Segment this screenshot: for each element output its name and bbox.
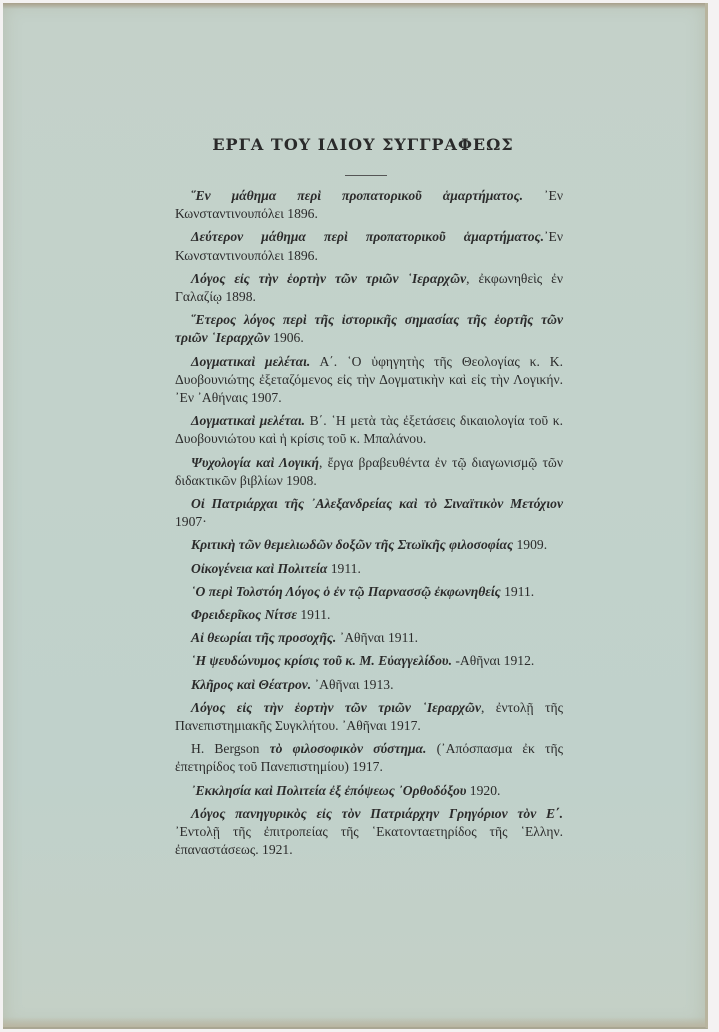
work-title: ῾Η ψευδώνυμος κρίσις τοῦ κ. Μ. Εὐαγγελίδ… xyxy=(191,653,452,668)
list-item: H. Bergson τὸ φιλοσοφικὸν σύστημα. (᾿Από… xyxy=(175,740,563,776)
work-details: 1909. xyxy=(513,537,547,552)
list-item: ῞Ετερος λόγος περὶ τῆς ἱστορικῆς σημασία… xyxy=(175,311,563,347)
list-item: Δογματικαὶ μελέται. Β΄. ῾Η μετὰ τὰς ἐξετ… xyxy=(175,412,563,448)
work-title: τὸ φιλοσοφικὸν σύστημα. xyxy=(270,741,427,756)
list-item: Κλῆρος καὶ Θέατρον. ᾿Αθῆναι 1913. xyxy=(175,676,563,694)
work-title: ῞Ετερος λόγος περὶ τῆς ἱστορικῆς σημασία… xyxy=(175,312,563,345)
work-details: 1911. xyxy=(297,607,330,622)
scanned-page: ΕΡΓΑ ΤΟΥ ΙΔΙΟΥ ΣΥΓΓΡΑΦΕΩΣ ῞Εν μάθημα περ… xyxy=(0,0,719,1032)
work-title: Αἱ θεωρίαι τῆς προσοχῆς. xyxy=(191,630,336,645)
work-title: ῾Ο περὶ Τολστόη Λόγος ὁ ἐν τῷ Παρνασσῷ ἐ… xyxy=(191,584,501,599)
work-details: ᾿Εντολῇ τῆς ἐπιτροπείας τῆς ῾Εκατονταετη… xyxy=(175,824,563,857)
page-title: ΕΡΓΑ ΤΟΥ ΙΔΙΟΥ ΣΥΓΓΡΑΦΕΩΣ xyxy=(3,135,719,154)
work-title: Κριτικὴ τῶν θεμελιωδῶν δοξῶν τῆς Στωϊκῆς… xyxy=(191,537,513,552)
list-item: Ψυχολογία καὶ Λογική, ἔργα βραβευθέντα ἐ… xyxy=(175,454,563,490)
work-details: 1911. xyxy=(327,561,360,576)
list-item: Οἰκογένεια καὶ Πολιτεία 1911. xyxy=(175,560,563,578)
list-item: Δεύτερον μάθημα περὶ προπατορικοῦ ἁμαρτή… xyxy=(175,228,563,264)
book-back-cover: ΕΡΓΑ ΤΟΥ ΙΔΙΟΥ ΣΥΓΓΡΑΦΕΩΣ ῞Εν μάθημα περ… xyxy=(3,3,708,1029)
work-title: Οἱ Πατριάρχαι τῆς ᾿Αλεξανδρείας καὶ τὸ Σ… xyxy=(191,496,563,511)
work-details: ᾿Αθῆναι 1913. xyxy=(311,677,393,692)
list-item: ῾Ο περὶ Τολστόη Λόγος ὁ ἐν τῷ Παρνασσῷ ἐ… xyxy=(175,583,563,601)
work-title: Δογματικαὶ μελέται. xyxy=(191,413,305,428)
list-item: Κριτικὴ τῶν θεμελιωδῶν δοξῶν τῆς Στωϊκῆς… xyxy=(175,536,563,554)
list-item: Δογματικαὶ μελέται. Α΄. ῾Ο ὑφηγητὴς τῆς … xyxy=(175,353,563,408)
work-details: 1911. xyxy=(501,584,534,599)
work-title: Δογματικαὶ μελέται. xyxy=(191,354,310,369)
work-title: Λόγος εἰς τὴν ἑορτὴν τῶν τριῶν ῾Ιεραρχῶν xyxy=(191,271,466,286)
list-item: Λόγος εἰς τὴν ἑορτὴν τῶν τριῶν ῾Ιεραρχῶν… xyxy=(175,270,563,306)
works-list: ῞Εν μάθημα περὶ προπατορικοῦ ἁμαρτήματος… xyxy=(175,187,563,865)
work-title: Ψυχολογία καὶ Λογική xyxy=(191,455,319,470)
work-author-prefix: H. Bergson xyxy=(191,741,270,756)
list-item: Λόγος εἰς τὴν ἑορτὴν τῶν τριῶν ῾Ιεραρχῶν… xyxy=(175,699,563,735)
work-details: 1906. xyxy=(270,330,304,345)
work-title: Οἰκογένεια καὶ Πολιτεία xyxy=(191,561,327,576)
work-title: ᾿Εκκλησία καὶ Πολιτεία ἐξ ἐπόψεως ᾿Ορθοδ… xyxy=(191,783,466,798)
list-item: ῾Η ψευδώνυμος κρίσις τοῦ κ. Μ. Εὐαγγελίδ… xyxy=(175,652,563,670)
work-details: 1920. xyxy=(466,783,500,798)
list-item: Λόγος πανηγυρικὸς εἰς τὸν Πατριάρχην Γρη… xyxy=(175,805,563,860)
work-title: ῞Εν μάθημα περὶ προπατορικοῦ ἁμαρτήματος… xyxy=(191,188,523,203)
list-item: ῞Εν μάθημα περὶ προπατορικοῦ ἁμαρτήματος… xyxy=(175,187,563,223)
list-item: ᾿Εκκλησία καὶ Πολιτεία ἐξ ἐπόψεως ᾿Ορθοδ… xyxy=(175,782,563,800)
list-item: Αἱ θεωρίαι τῆς προσοχῆς. ᾿Αθῆναι 1911. xyxy=(175,629,563,647)
work-title: Λόγος εἰς τὴν ἑορτὴν τῶν τριῶν ῾Ιεραρχῶν xyxy=(191,700,481,715)
list-item: Οἱ Πατριάρχαι τῆς ᾿Αλεξανδρείας καὶ τὸ Σ… xyxy=(175,495,563,531)
work-details: 1907· xyxy=(175,514,207,529)
work-details: ᾿Αθῆναι 1911. xyxy=(336,630,418,645)
work-title: Δεύτερον μάθημα περὶ προπατορικοῦ ἁμαρτή… xyxy=(191,229,544,244)
list-item: Φρειδερῖκος Νίτσε 1911. xyxy=(175,606,563,624)
work-title: Λόγος πανηγυρικὸς εἰς τὸν Πατριάρχην Γρη… xyxy=(191,806,563,821)
work-title: Κλῆρος καὶ Θέατρον. xyxy=(191,677,311,692)
work-title: Φρειδερῖκος Νίτσε xyxy=(191,607,297,622)
work-details: -Αθῆναι 1912. xyxy=(452,653,534,668)
title-divider xyxy=(345,175,387,176)
